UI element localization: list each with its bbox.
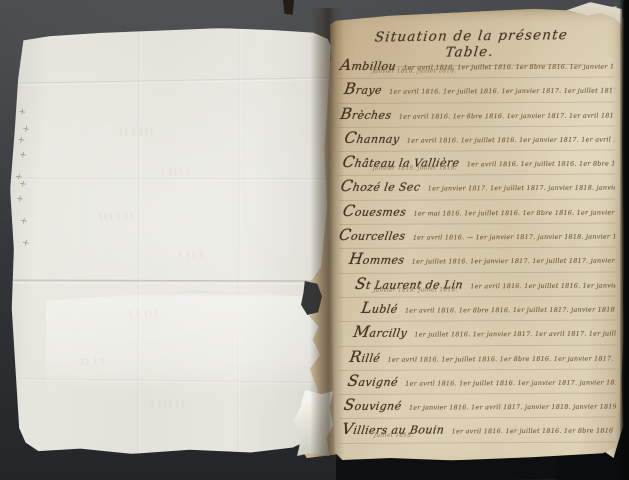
table-entry: Villiers au Bouin1er avril 1816. 1er jui… — [340, 418, 616, 444]
commune-name: Savigné — [346, 370, 399, 389]
ink-bleedthrough-trace: 1 111 1 — [160, 168, 191, 177]
entry-dates: 1er juillet 1816. 1er janvier 1817. 1er … — [414, 329, 615, 339]
scan-edge-strip — [620, 0, 629, 480]
commune-name: Braye — [343, 79, 384, 98]
ink-bleedthrough-trace: 11 111 1 — [150, 400, 186, 410]
entry-dates: 1er avril 1816. 1er juillet 1816. 1er 8b… — [387, 354, 615, 364]
commune-name: Channay — [343, 128, 401, 147]
commune-name: Souvigné — [343, 395, 404, 414]
entry-dates-overflow: janvier 1818. juillet 1818. — [373, 166, 457, 172]
ink-bleedthrough-trace: 1 11 1 — [178, 250, 204, 259]
entry-dates: 1er avril 1816. 1er juillet 1816. 1er 8b… — [452, 426, 617, 436]
entry-dates: 1er janvier 1817. 1er juillet 1817. janv… — [428, 184, 615, 193]
entry-dates: 1er avril 1816. — 1er janvier 1817. janv… — [413, 232, 615, 241]
table-entry: Marcilly1er juillet 1816. 1er janvier 18… — [340, 321, 616, 347]
ink-bleedthrough-trace: 11 1 111 — [98, 213, 134, 223]
scanned-book-photo: +++++++++111 1 111 111 111 1 1111 11 111… — [0, 0, 629, 480]
ink-bleedthrough-trace: 111 1 1 — [128, 310, 159, 319]
entry-dates: 1er avril 1816. 1er juillet 1816. 1er ja… — [405, 378, 616, 387]
margin-tally-mark: + — [22, 124, 31, 135]
commune-name: Chozé le Sec — [339, 176, 422, 195]
entry-dates: 1er janvier 1816. 1er avril 1817. janvie… — [409, 403, 616, 412]
ink-bleedthrough-trace: 1 1 11 — [80, 358, 106, 367]
margin-tally-mark: + — [17, 135, 26, 146]
entry-dates: 1er mai 1816. 1er juillet 1816. 1er 8bre… — [413, 207, 615, 217]
entry-dates: 1er avril 1816. 1er 8bre 1816. 1er juill… — [405, 305, 616, 314]
commune-name: Lublé — [360, 298, 399, 317]
paper-crease — [10, 178, 332, 182]
table-entry: Lublé1er avril 1816. 1er 8bre 1816. 1er … — [340, 296, 616, 322]
margin-tally-mark: + — [15, 194, 24, 205]
margin-tally-mark: + — [21, 238, 30, 249]
table-entry: St Laurent de Lin1er avril 1816. 1er jui… — [339, 272, 615, 298]
table-entry: Rillé1er avril 1816. 1er juillet 1816. 1… — [340, 345, 616, 371]
paper-crease — [10, 280, 332, 285]
commune-name: Hommes — [348, 249, 406, 268]
binding-notch — [283, 0, 294, 15]
left-page-blank: +++++++++111 1 111 111 111 1 1111 11 111… — [9, 28, 332, 455]
paper-crease — [10, 77, 332, 86]
entry-dates-overflow: janvier 1818. juillet 1818. — [372, 68, 456, 74]
commune-name: Couesmes — [342, 200, 408, 219]
table-entry: Souvigné1er janvier 1816. 1er avril 1817… — [340, 394, 616, 420]
entry-dates: 1er avril 1816. 1er juillet 1816. 1er ja… — [407, 135, 615, 145]
entry-dates: 1er avril 1816. 1er juillet 1816. 1er ja… — [470, 281, 615, 290]
commune-name: Courcelles — [339, 225, 407, 244]
table-entry: Couesmes1er mai 1816. 1er juillet 1816. … — [339, 199, 615, 225]
table-entry: Chozé le Sec1er janvier 1817. 1er juille… — [339, 175, 615, 201]
margin-tally-mark: + — [19, 150, 28, 161]
paper-crease — [10, 378, 332, 385]
table-entry: Savigné1er avril 1816. 1er juillet 1816.… — [340, 369, 616, 395]
entries: Ambillou1er avril 1816. 1er juillet 1816… — [338, 54, 616, 444]
table-entry: Château la Vallière1er avril 1816. 1er j… — [339, 151, 615, 177]
paper-crease-vertical — [237, 28, 241, 454]
table-entry: Braye1er avril 1816. 1er juillet 1816. 1… — [338, 78, 614, 104]
entry-dates: 1er juillet 1816. 1er janvier 1817. 1er … — [412, 257, 616, 266]
torn-flap-highlight — [46, 286, 318, 395]
ink-bleedthrough-trace: 111 1 11 — [118, 128, 154, 138]
margin-tally-mark: + — [18, 107, 27, 118]
right-page-table: Situation de la présente Table. Ambillou… — [330, 7, 624, 461]
table-entry: Courcelles1er avril 1816. — 1er janvier … — [339, 224, 615, 250]
commune-name: Rillé — [348, 346, 382, 365]
entry-dates-overflow: juillet 1818. — [374, 433, 413, 439]
paper-crease-vertical — [137, 28, 141, 454]
table-entry: Hommes1er juillet 1816. 1er janvier 1817… — [339, 248, 615, 274]
margin-tally-mark: + — [19, 216, 28, 227]
commune-name: Marcilly — [352, 322, 409, 341]
table-entry: Channay1er avril 1816. 1er juillet 1816.… — [339, 126, 615, 152]
entry-dates: 1er avril 1816. 1er 8bre 1816. 1er janvi… — [399, 110, 615, 120]
table-entry: Ambillou1er avril 1816. 1er juillet 1816… — [338, 54, 614, 80]
table-entry: Brèches1er avril 1816. 1er 8bre 1816. 1e… — [338, 102, 614, 128]
margin-tally-mark: + — [18, 179, 27, 190]
entry-dates: 1er avril 1816. 1er juillet 1816. 1er 8b… — [467, 159, 615, 169]
entry-dates-overflow: janvier 1818. juillet 1818. — [373, 287, 457, 293]
commune-name: Brèches — [339, 103, 393, 122]
entry-dates: 1er avril 1816. 1er juillet 1816. 1er ja… — [389, 86, 614, 96]
